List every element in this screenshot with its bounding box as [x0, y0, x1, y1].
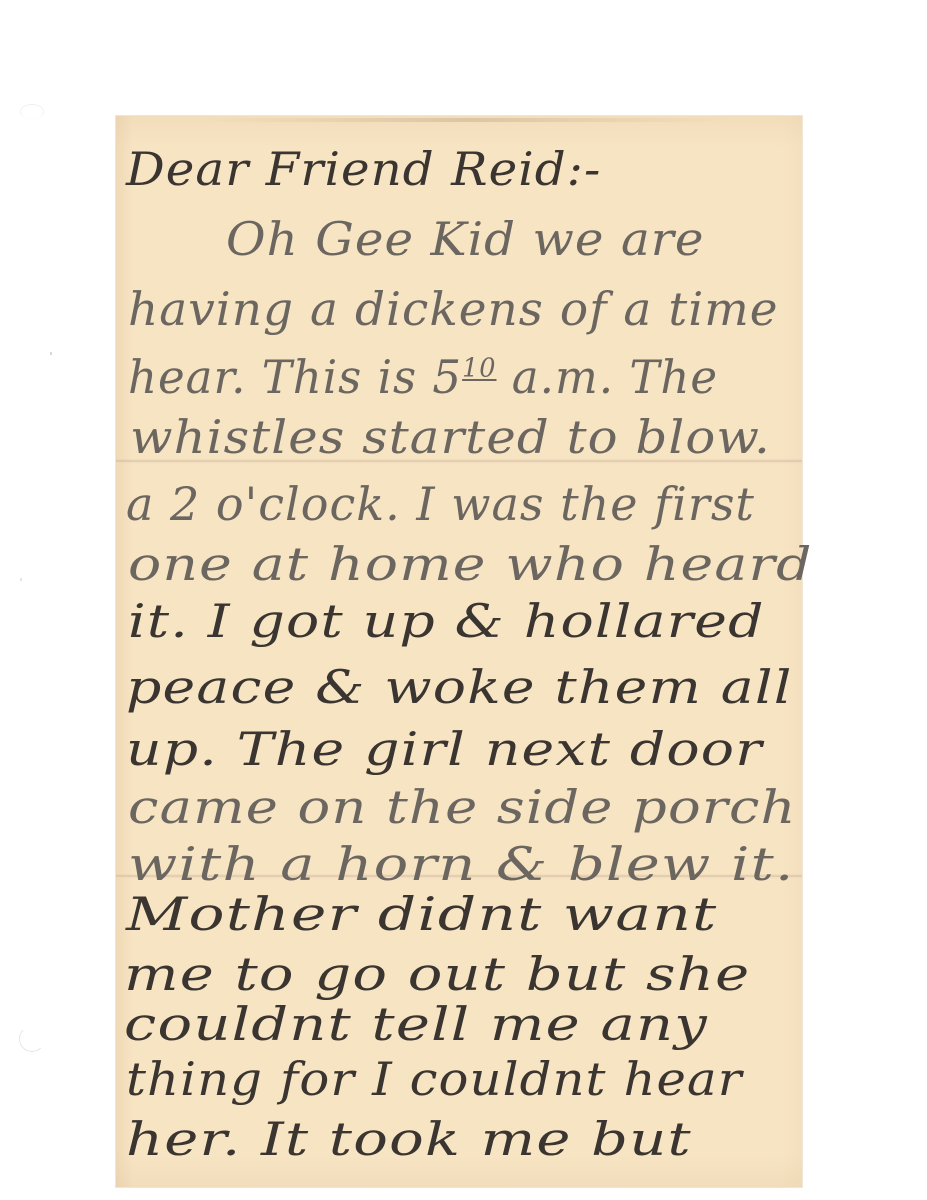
letter-line: thing for I couldnt hear [126, 1056, 743, 1102]
letter-line: peace & woke them all [126, 664, 793, 710]
letter-line: Mother didnt want [126, 891, 718, 937]
handwritten-text: Dear Friend Reid:- Oh Gee Kid we are hav… [116, 116, 802, 1187]
scan-artifact-hole-top [20, 104, 44, 119]
letter-line: hear. This is 510 a.m. The [128, 354, 718, 400]
scan-speck [50, 352, 52, 355]
letter-line: came on the side porch [128, 784, 797, 830]
letter-text: hear. This is 5 [128, 350, 462, 404]
letter-line: up. The girl next door [126, 726, 763, 772]
letter-text: a.m. The [496, 350, 718, 404]
letter-line: Oh Gee Kid we are [226, 216, 705, 262]
letter-line: couldnt tell me any [124, 1001, 708, 1047]
letter-line: a 2 o'clock. I was the first [126, 481, 755, 527]
letter-line: her. It took me but [126, 1116, 692, 1162]
letter-line: it. I got up & hollared [128, 598, 765, 644]
letter-page: Dear Friend Reid:- Oh Gee Kid we are hav… [116, 116, 802, 1187]
time-superscript: 10 [462, 354, 496, 384]
letter-line: whistles started to blow. [130, 414, 771, 460]
letter-line: me to go out but she [124, 951, 750, 997]
letter-line: with a horn & blew it. [128, 841, 795, 887]
letter-line: having a dickens of a time [128, 286, 779, 332]
scan-speck [20, 578, 22, 581]
salutation: Dear Friend Reid:- [126, 146, 601, 192]
scan-artifact-hole-bottom [19, 1026, 45, 1052]
letter-line: one at home who heard [128, 541, 813, 587]
